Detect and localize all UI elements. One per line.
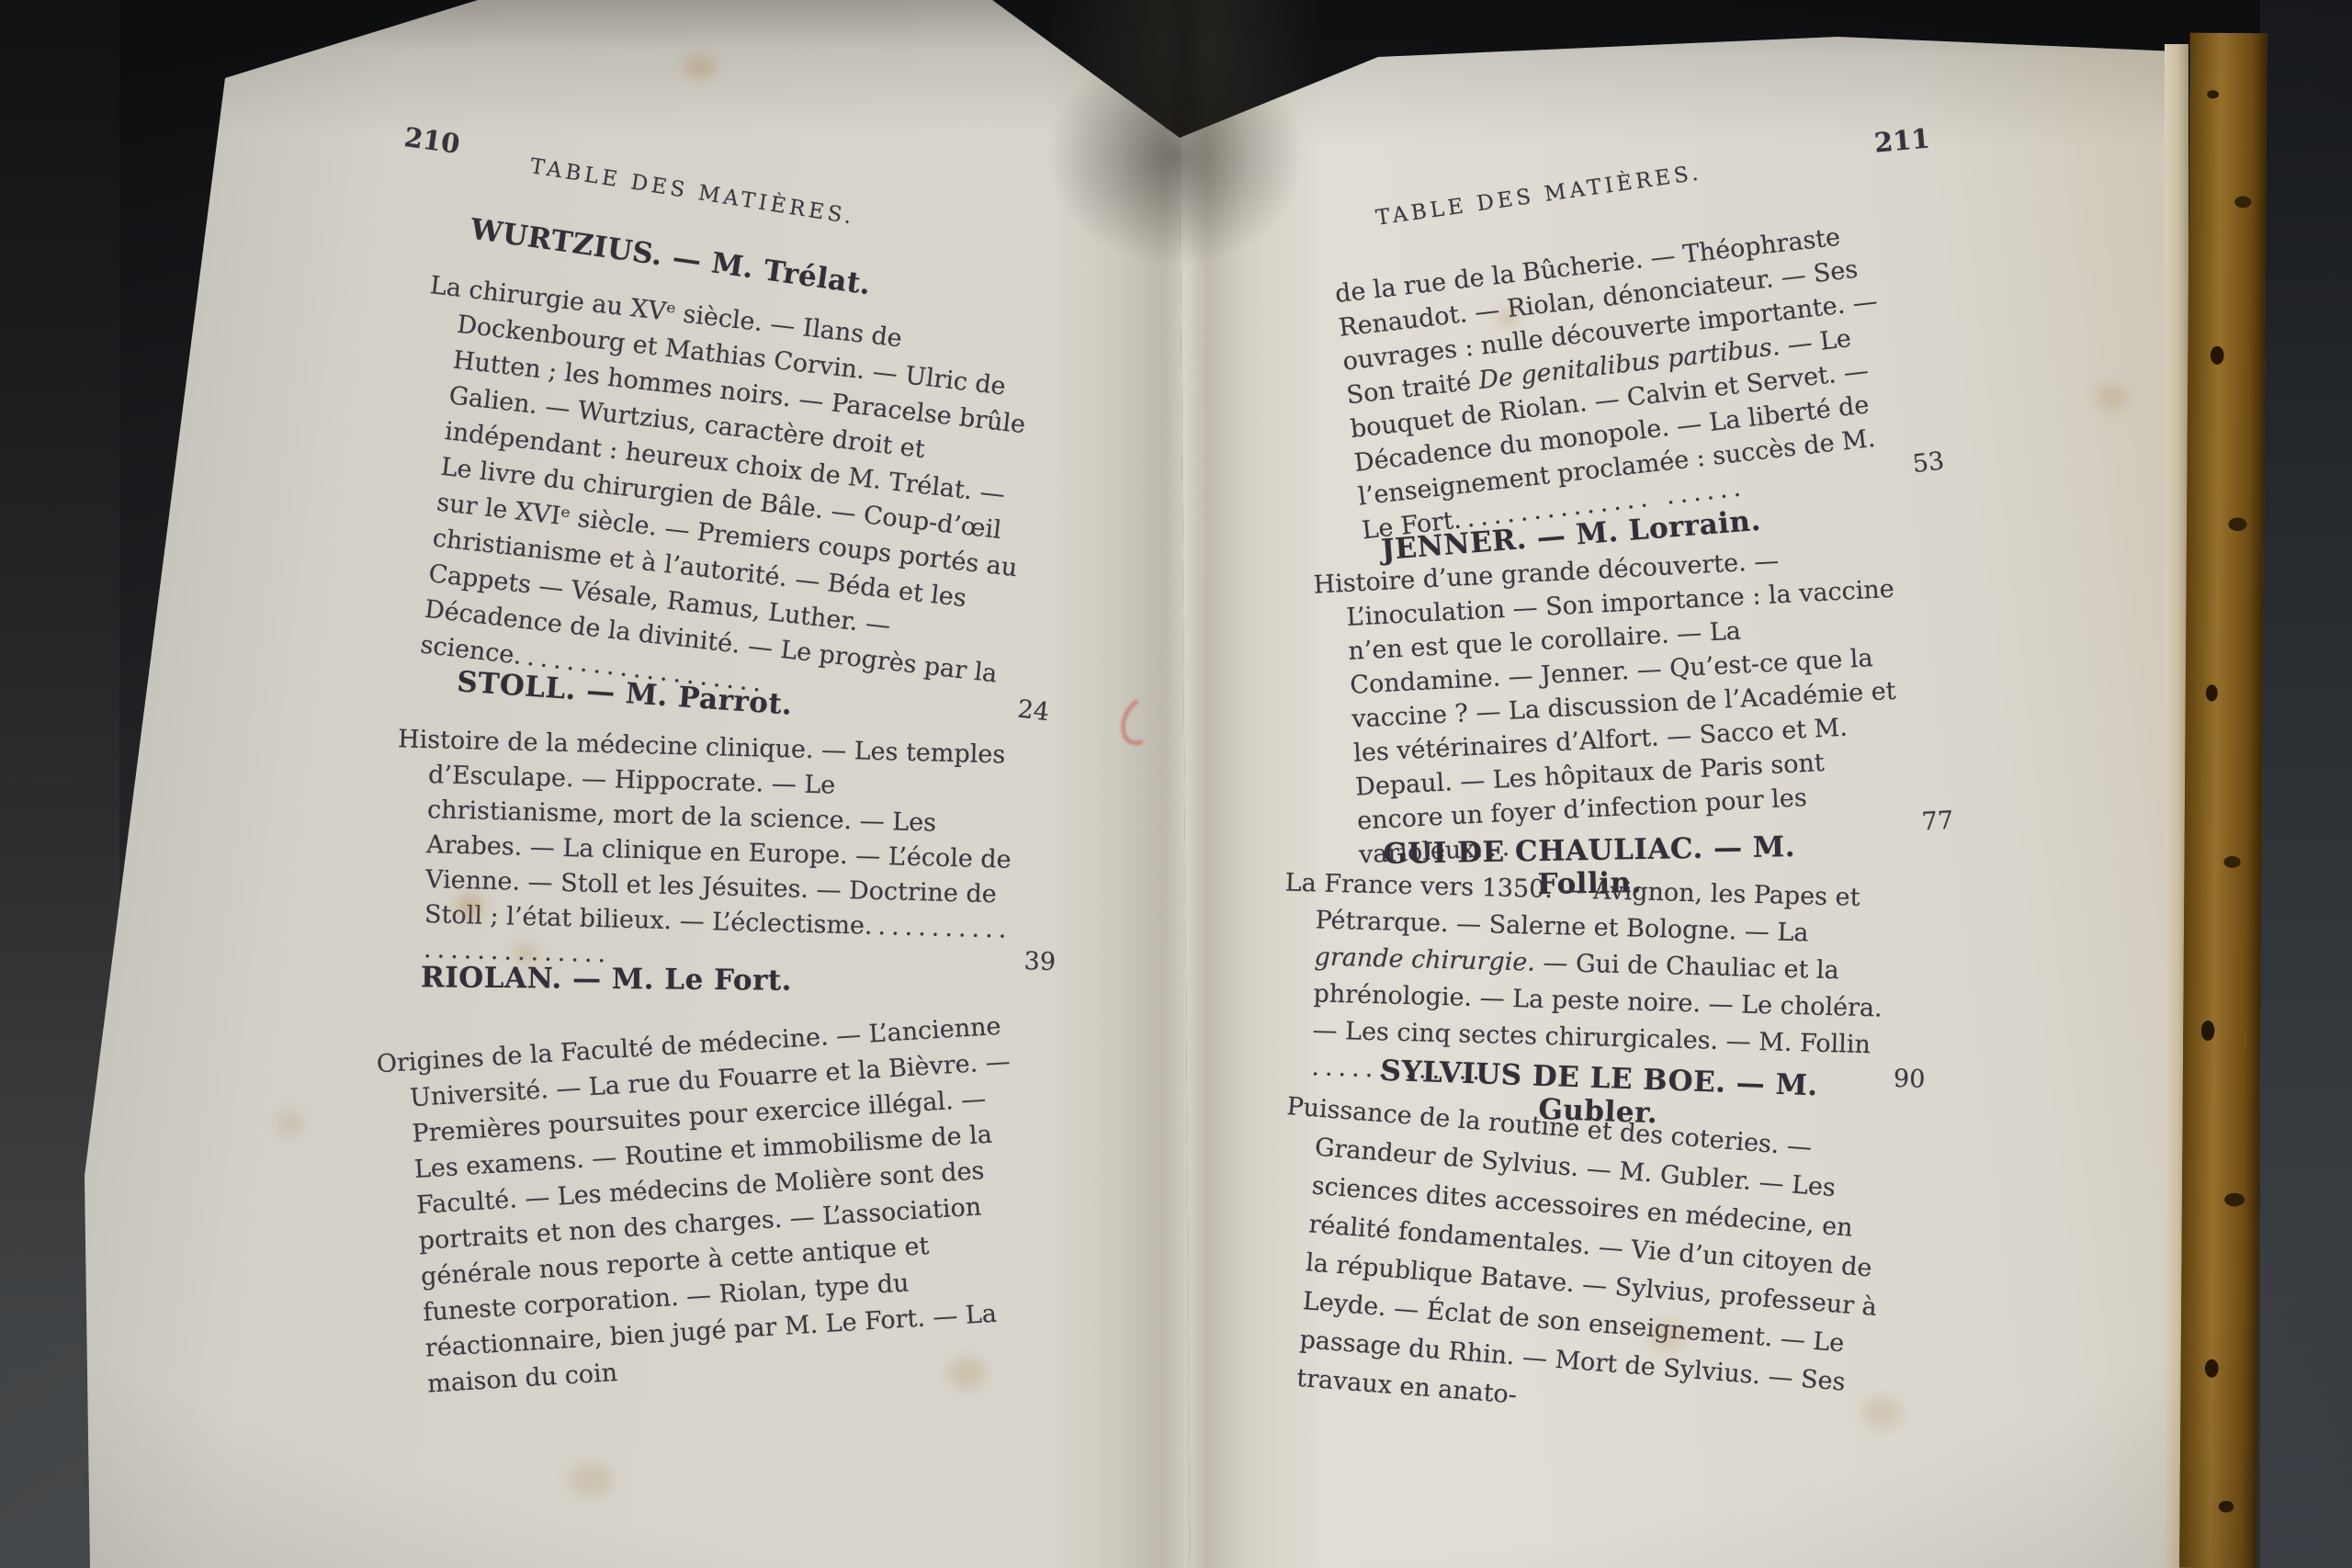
entry-segment: La chirurgie au XVᵉ siècle. — Ilans de D… [419, 271, 1027, 688]
entry-segment: Origines de la Faculté de médecine. — L’… [376, 1012, 1012, 1399]
book-photo-scene: 210 TABLE DES MATIÈRES. WURTZIUS. — M. T… [0, 0, 2352, 1568]
toc-entry-jenner: Histoire d’une grande découverte. — L’in… [1313, 538, 1911, 874]
toc-page-ref: 77 [1921, 804, 1954, 840]
toc-page-ref: 53 [1911, 444, 1946, 481]
toc-entry-wurtzius: La chirurgie au XVᵉ siècle. — Ilans de D… [388, 267, 1047, 729]
toc-entry-text: de la rue de la Bûcherie. — Théophraste … [1333, 223, 1879, 546]
toc-page-ref: 24 [1016, 692, 1052, 731]
background-right-strip [2260, 0, 2352, 1568]
toc-entry-sylvius: Puissance de la routine et des coteries.… [1264, 1088, 1905, 1444]
marbled-binding-edge [2179, 33, 2267, 1568]
toc-entry-riolan: Origines de la Faculté de médecine. — L’… [376, 1008, 1030, 1404]
toc-entry-text: Origines de la Faculté de médecine. — L’… [376, 1012, 1012, 1399]
toc-entry-text: Puissance de la routine et des coteries.… [1285, 1092, 1878, 1410]
entry-segment: Puissance de la routine et des coteries.… [1285, 1092, 1878, 1410]
entry-segment: La France vers 1350. — Avignon, les Pape… [1284, 868, 1860, 947]
gutter-debris-speck [1165, 108, 1172, 129]
entry-segment: Histoire de la médecine clinique. — Les … [398, 725, 1012, 940]
right-page-number: 211 [1873, 122, 1931, 158]
toc-page-ref: 39 [1023, 944, 1056, 980]
toc-entry-text: La chirurgie au XVᵉ siècle. — Ilans de D… [419, 271, 1027, 698]
toc-entry-stoll: Histoire de la médecine clinique. — Les … [392, 722, 1018, 983]
section-heading-riolan: RIOLAN. — M. Le Fort. [377, 961, 836, 998]
toc-entry-text: Histoire d’une grande découverte. — L’in… [1313, 547, 1896, 869]
toc-page-ref: 90 [1893, 1061, 1925, 1099]
entry-segment: grande chirurgie. [1314, 942, 1535, 976]
toc-entry-text: Histoire de la médecine clinique. — Les … [398, 725, 1012, 968]
entry-segment: Histoire d’une grande découverte. — L’in… [1313, 547, 1896, 869]
